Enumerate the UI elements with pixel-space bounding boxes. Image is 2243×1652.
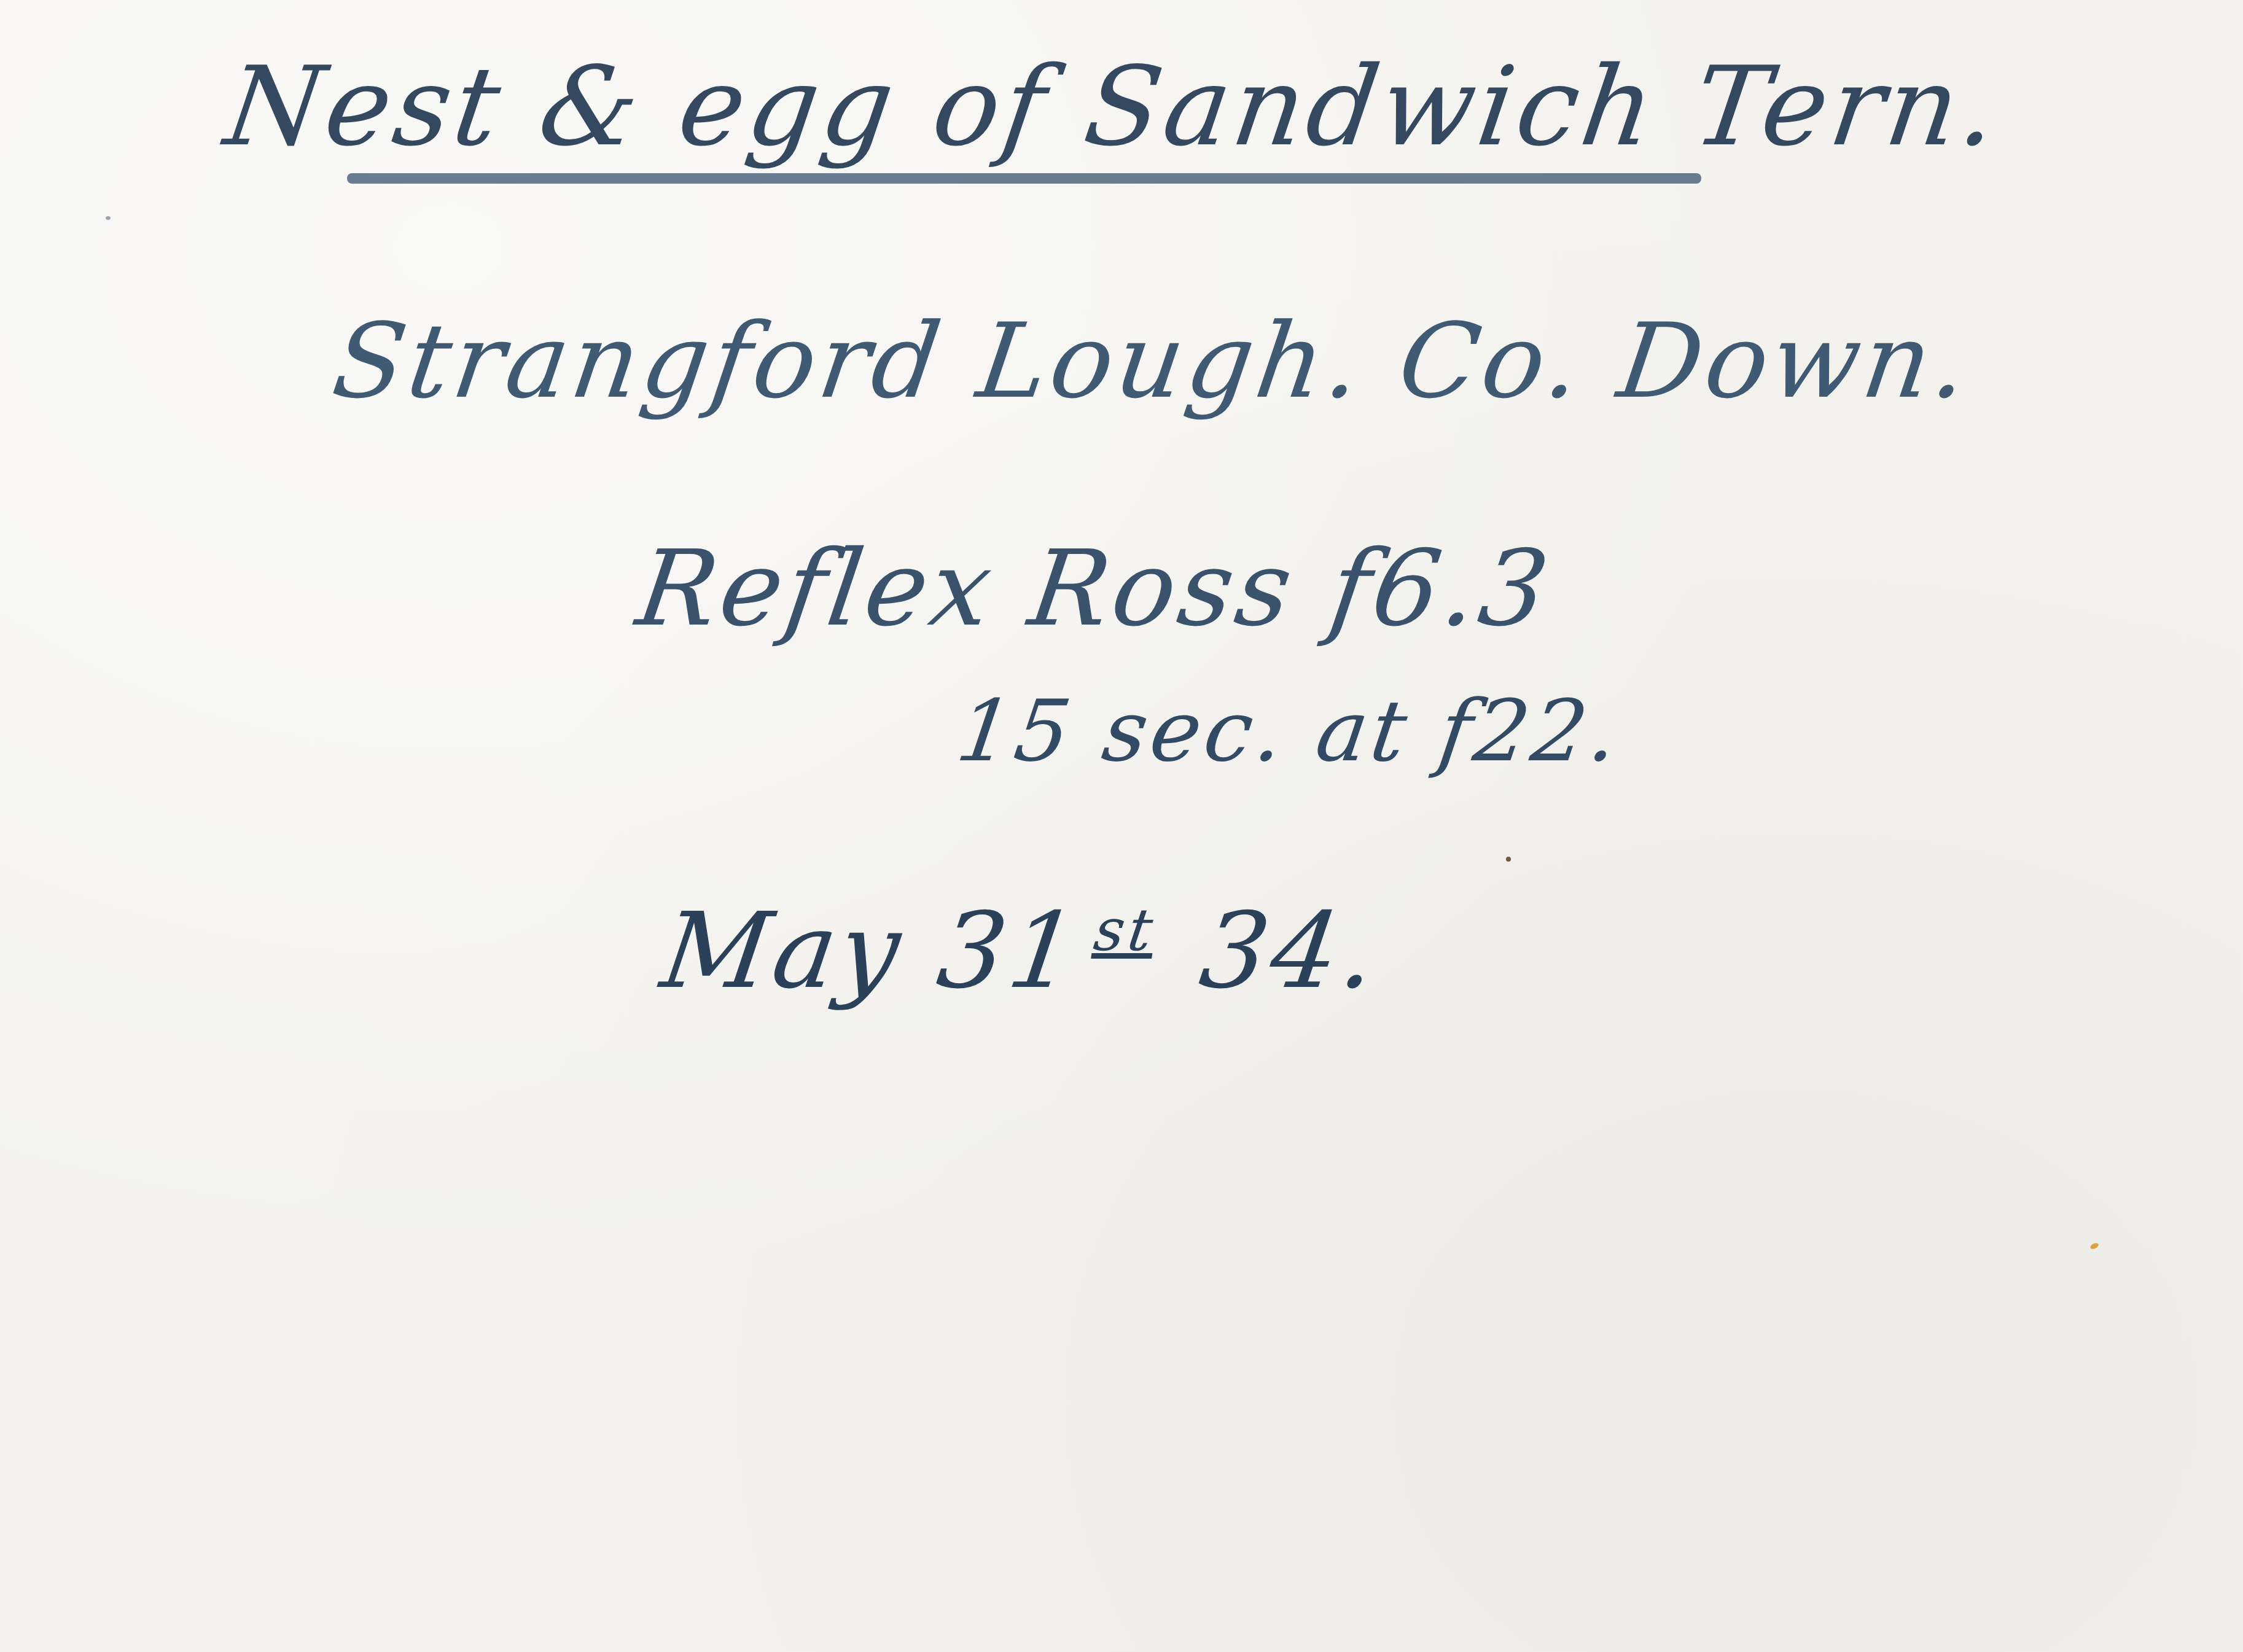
photo-back-paper: [0, 0, 2243, 1652]
handwritten-date: May 31st 34.: [655, 890, 1387, 1012]
handwritten-title: Nest & egg of Sandwich Tern.: [218, 43, 2009, 170]
title-underline: [347, 173, 1701, 184]
handwritten-exposure: 15 sec. at f22.: [951, 682, 1628, 781]
paper-speck: [1506, 857, 1511, 862]
date-ordinal-suffix: st: [1090, 897, 1160, 964]
handwritten-location: Strangford Lough. Co. Down.: [326, 301, 1979, 421]
date-year: 34.: [1157, 890, 1387, 1012]
paper-speck: [106, 216, 111, 220]
date-day: May 31: [655, 890, 1088, 1012]
handwritten-camera-lens: Reflex Ross f6.3: [630, 528, 1559, 650]
